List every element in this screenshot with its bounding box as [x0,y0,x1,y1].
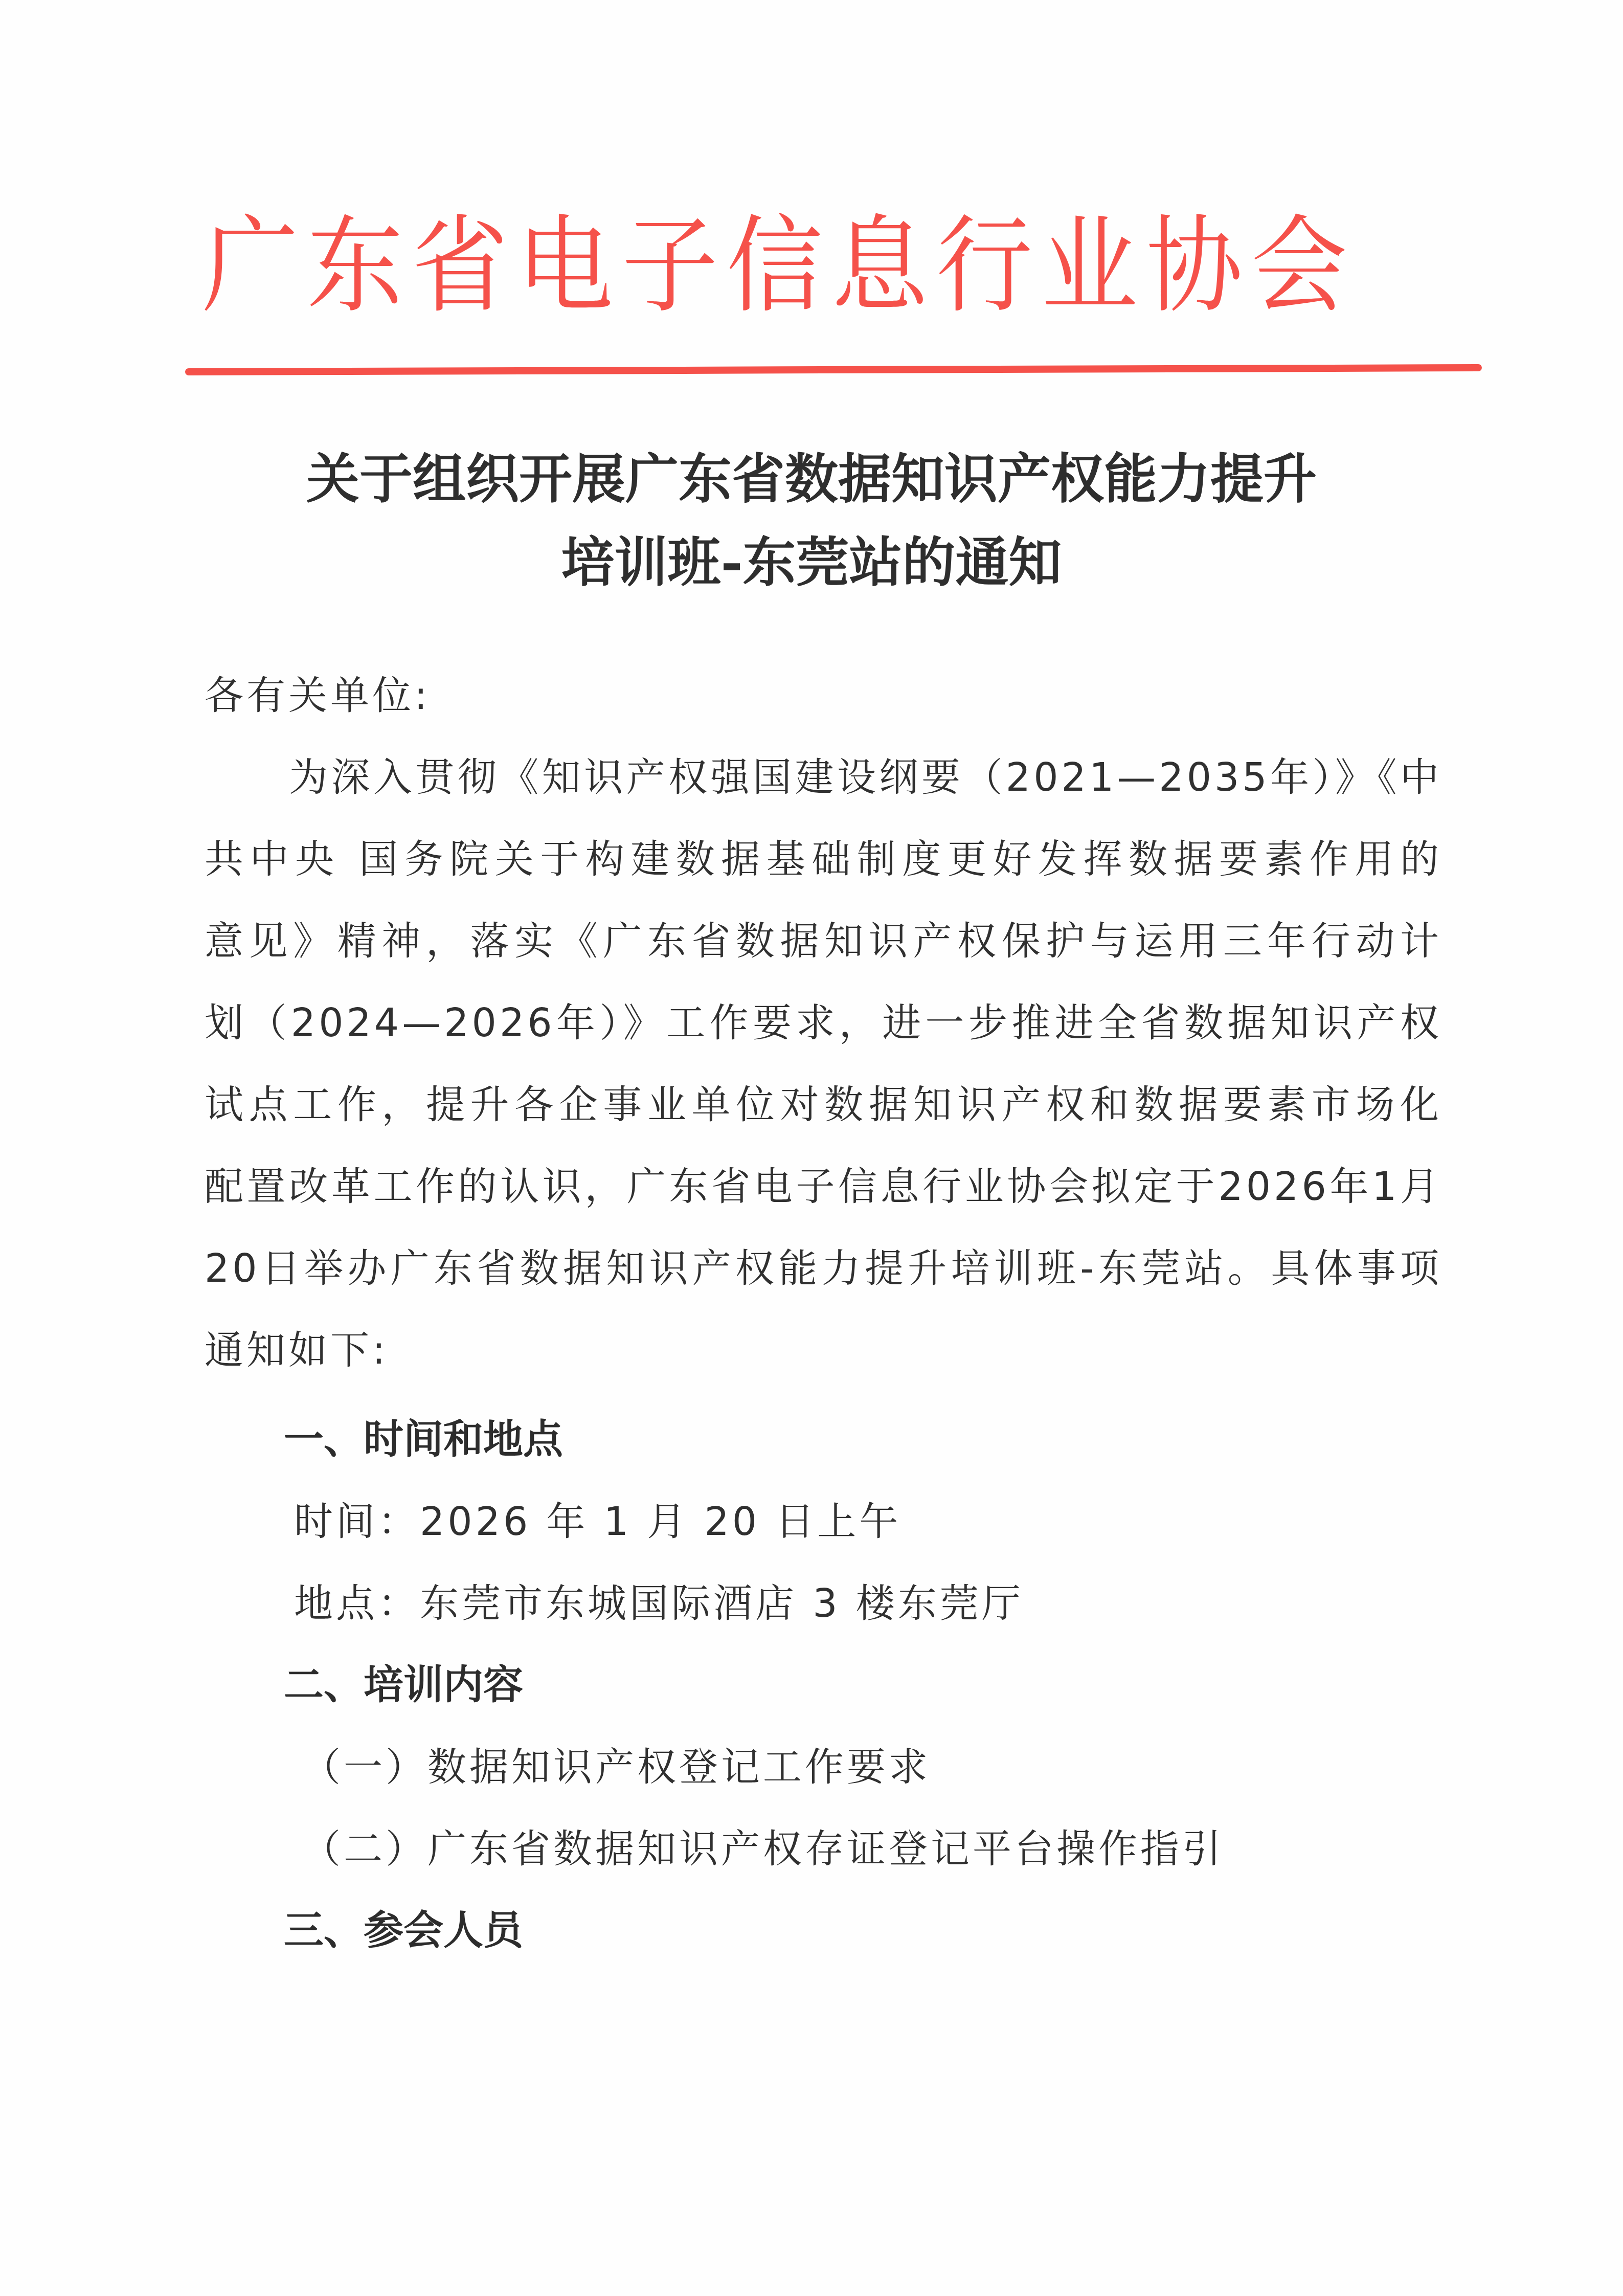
document-page: 广东省电子信息行业协会 关于组织开展广东省数据知识产权能力提升 培训班-东莞站的… [0,0,1623,2296]
paragraph-line: 配置改革工作的认识，广东省电子信息行业协会拟定于2026年1月 [205,1158,1442,1215]
section-heading-attendees: 三、参会人员 [284,1903,523,1959]
paragraph-line: 20日举办广东省数据知识产权能力提升培训班-东莞站。具体事项 [205,1240,1442,1297]
training-item: （一）数据知识产权登记工作要求 [302,1739,1539,1795]
paragraph-line: 为深入贯彻《知识产权强国建设纲要（2021—2035年）》《中 [289,749,1442,806]
section-heading-time-place: 一、时间和地点 [284,1412,563,1468]
paragraph-line: 试点工作，提升各企事业单位对数据知识产权和数据要素市场化 [205,1077,1442,1133]
letterhead-red-divider [185,364,1482,375]
paragraph-line: 通知如下: [205,1322,1442,1378]
paragraph-line: 划（2024—2026年）》工作要求，进一步推进全省数据知识产权 [205,995,1442,1051]
organization-letterhead: 广东省电子信息行业协会 [202,207,1364,325]
event-location: 地点：东莞市东城国际酒店 3 楼东莞厅 [294,1575,1531,1632]
document-title-line-1: 关于组织开展广东省数据知识产权能力提升 [0,446,1623,512]
paragraph-line: 共中央 国务院关于构建数据基础制度更好发挥数据要素作用的 [205,831,1442,887]
event-time: 时间：2026 年 1 月 20 日上午 [294,1493,1531,1550]
training-item: （二）广东省数据知识产权存证登记平台操作指引 [302,1821,1539,1877]
salutation: 各有关单位: [205,667,1442,724]
document-title-line-2: 培训班-东莞站的通知 [0,529,1623,596]
section-heading-training-content: 二、培训内容 [284,1657,523,1713]
paragraph-line: 意见》精神，落实《广东省数据知识产权保护与运用三年行动计 [205,913,1442,969]
